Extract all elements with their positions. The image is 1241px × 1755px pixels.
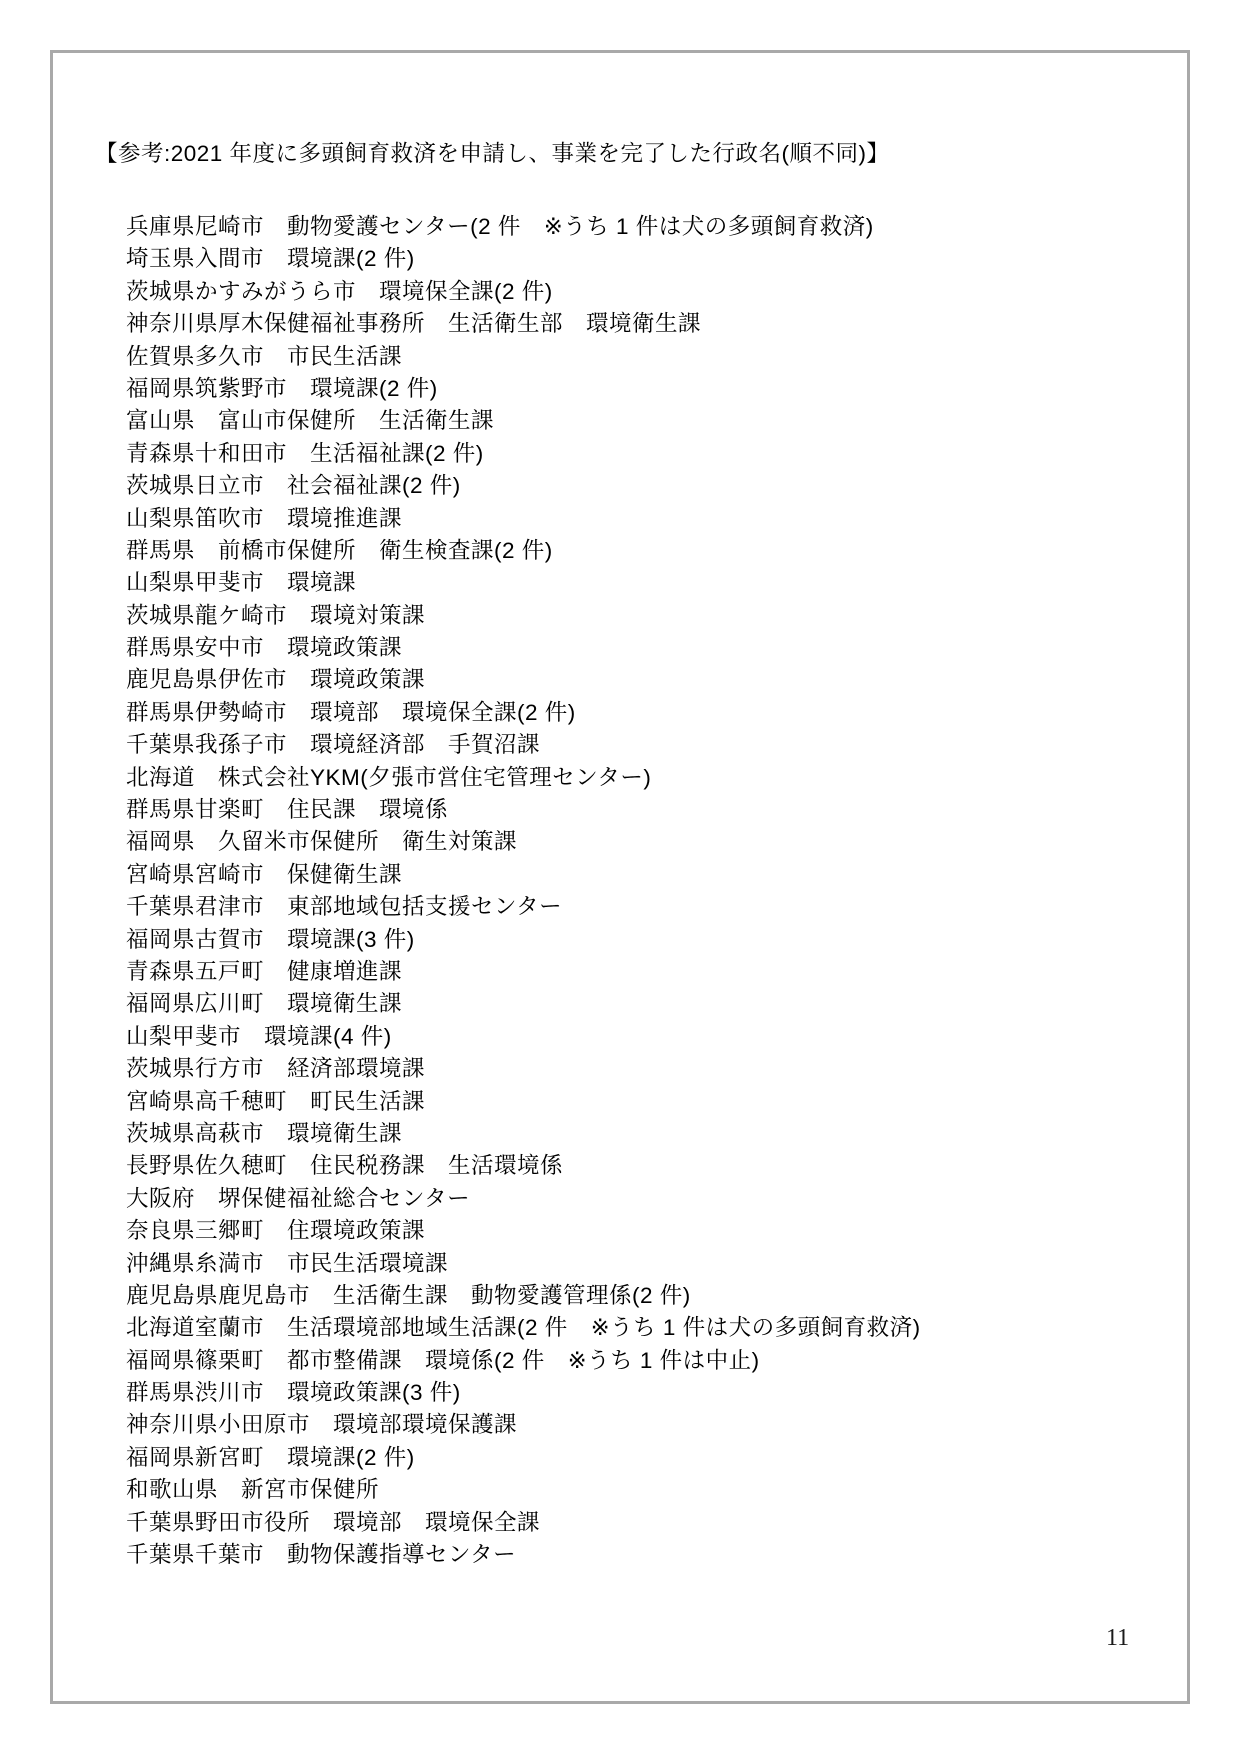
list-item: 青森県十和田市 生活福祉課(2 件) — [126, 438, 1126, 470]
list-item: 山梨県笛吹市 環境推進課 — [126, 503, 1126, 535]
list-item: 宮崎県高千穂町 町民生活課 — [126, 1086, 1126, 1118]
page-number: 11 — [1106, 1625, 1129, 1652]
list-item: 神奈川県小田原市 環境部環境保護課 — [126, 1409, 1126, 1441]
list-item: 千葉県野田市役所 環境部 環境保全課 — [126, 1507, 1126, 1539]
list-item: 群馬県 前橋市保健所 衛生検査課(2 件) — [126, 535, 1126, 567]
list-item: 山梨甲斐市 環境課(4 件) — [126, 1021, 1126, 1053]
agency-list: 兵庫県尼崎市 動物愛護センター(2 件 ※うち 1 件は犬の多頭飼育救済)埼玉県… — [126, 211, 1126, 1571]
list-item: 鹿児島県鹿児島市 生活衛生課 動物愛護管理係(2 件) — [126, 1280, 1126, 1312]
list-item: 長野県佐久穂町 住民税務課 生活環境係 — [126, 1150, 1126, 1182]
list-item: 佐賀県多久市 市民生活課 — [126, 341, 1126, 373]
list-item: 大阪府 堺保健福祉総合センター — [126, 1183, 1126, 1215]
list-item: 群馬県伊勢崎市 環境部 環境保全課(2 件) — [126, 697, 1126, 729]
list-item: 群馬県甘楽町 住民課 環境係 — [126, 794, 1126, 826]
list-item: 福岡県広川町 環境衛生課 — [126, 988, 1126, 1020]
list-item: 群馬県安中市 環境政策課 — [126, 632, 1126, 664]
page-title: 【参考:2021 年度に多頭飼育救済を申請し、事業を完了した行政名(順不同)】 — [95, 136, 890, 168]
list-item: 福岡県新宮町 環境課(2 件) — [126, 1442, 1126, 1474]
list-item: 北海道 株式会社YKM(夕張市営住宅管理センター) — [126, 762, 1126, 794]
list-item: 福岡県古賀市 環境課(3 件) — [126, 924, 1126, 956]
list-item: 宮崎県宮崎市 保健衛生課 — [126, 859, 1126, 891]
list-item: 富山県 富山市保健所 生活衛生課 — [126, 405, 1126, 437]
list-item: 奈良県三郷町 住環境政策課 — [126, 1215, 1126, 1247]
list-item: 千葉県我孫子市 環境経済部 手賀沼課 — [126, 729, 1126, 761]
list-item: 福岡県筑紫野市 環境課(2 件) — [126, 373, 1126, 405]
list-item: 群馬県渋川市 環境政策課(3 件) — [126, 1377, 1126, 1409]
list-item: 山梨県甲斐市 環境課 — [126, 567, 1126, 599]
list-item: 埼玉県入間市 環境課(2 件) — [126, 243, 1126, 275]
list-item: 茨城県行方市 経済部環境課 — [126, 1053, 1126, 1085]
list-item: 茨城県高萩市 環境衛生課 — [126, 1118, 1126, 1150]
list-item: 福岡県 久留米市保健所 衛生対策課 — [126, 826, 1126, 858]
list-item: 青森県五戸町 健康増進課 — [126, 956, 1126, 988]
list-item: 沖縄県糸満市 市民生活環境課 — [126, 1248, 1126, 1280]
document-page-border: 【参考:2021 年度に多頭飼育救済を申請し、事業を完了した行政名(順不同)】 … — [50, 50, 1190, 1704]
list-item: 北海道室蘭市 生活環境部地域生活課(2 件 ※うち 1 件は犬の多頭飼育救済) — [126, 1312, 1126, 1344]
list-item: 茨城県かすみがうら市 環境保全課(2 件) — [126, 276, 1126, 308]
list-item: 鹿児島県伊佐市 環境政策課 — [126, 664, 1126, 696]
list-item: 千葉県君津市 東部地域包括支援センター — [126, 891, 1126, 923]
list-item: 千葉県千葉市 動物保護指導センター — [126, 1539, 1126, 1571]
list-item: 兵庫県尼崎市 動物愛護センター(2 件 ※うち 1 件は犬の多頭飼育救済) — [126, 211, 1126, 243]
list-item: 茨城県日立市 社会福祉課(2 件) — [126, 470, 1126, 502]
list-item: 茨城県龍ケ崎市 環境対策課 — [126, 600, 1126, 632]
list-item: 福岡県篠栗町 都市整備課 環境係(2 件 ※うち 1 件は中止) — [126, 1345, 1126, 1377]
list-item: 神奈川県厚木保健福祉事務所 生活衛生部 環境衛生課 — [126, 308, 1126, 340]
list-item: 和歌山県 新宮市保健所 — [126, 1474, 1126, 1506]
